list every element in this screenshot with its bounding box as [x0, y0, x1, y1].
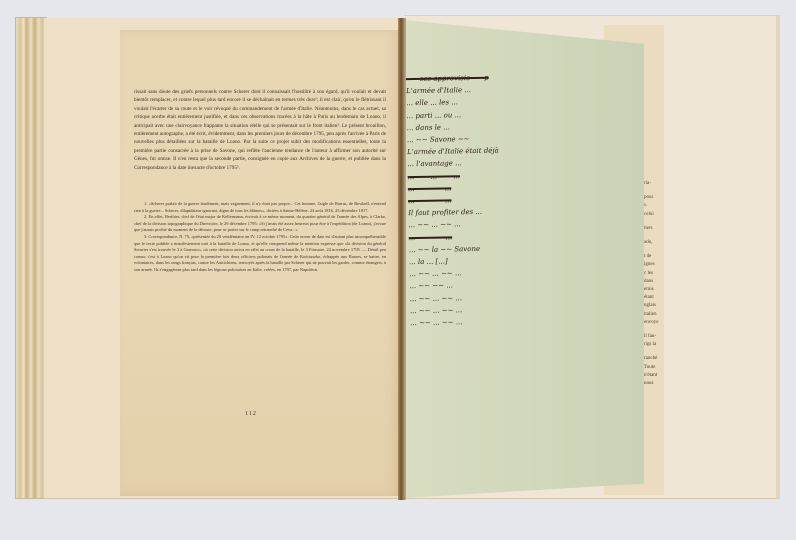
manuscript-line: ... ~~ ... ~~ ... [410, 315, 540, 329]
underlying-text-fragments: ria- pour s. celui tiers ado, t de ignes… [644, 180, 674, 388]
page-edges [15, 17, 47, 499]
fragment: tiers [644, 225, 674, 233]
fragment: envoye [644, 319, 674, 327]
body-text: rissait sans doute des griefs personnels… [134, 88, 386, 172]
footnote-1: 1. «Scherer parlait de la guerre hardime… [134, 201, 386, 214]
fragment: étant [644, 294, 674, 302]
footnotes: 1. «Scherer parlait de la guerre hardime… [134, 201, 386, 274]
handwritten-manuscript: ~~ ses approvisio~~ p L'armée d'Italie .… [406, 71, 540, 329]
fragment: ignes [644, 261, 674, 269]
fragment: pour [644, 194, 674, 202]
fragment: ado, [644, 239, 674, 247]
fragment: celui [644, 211, 674, 219]
footnote-2: 2. En effet, Berthier, chef de l'état ma… [134, 214, 386, 234]
fragment: nglais [644, 302, 674, 310]
fragment: ll fau- [644, 333, 674, 341]
page-number: 112 [236, 411, 266, 417]
fragment: rigs la [644, 341, 674, 349]
fragment: s. [644, 202, 674, 210]
fragment: nous [644, 380, 674, 388]
fragment: ranché [644, 355, 674, 363]
fragment: italien [644, 311, 674, 319]
fragment: ria- [644, 180, 674, 188]
fragment: n'étant [644, 372, 674, 380]
fragment: c les [644, 270, 674, 278]
book-gutter [398, 18, 406, 500]
fragment: dans [644, 278, 674, 286]
fragment: Toute [644, 364, 674, 372]
fragment: t de [644, 253, 674, 261]
fragment: ernis [644, 286, 674, 294]
footnote-3: 3. Correspondance, N. 75, «présentée du … [134, 234, 386, 274]
